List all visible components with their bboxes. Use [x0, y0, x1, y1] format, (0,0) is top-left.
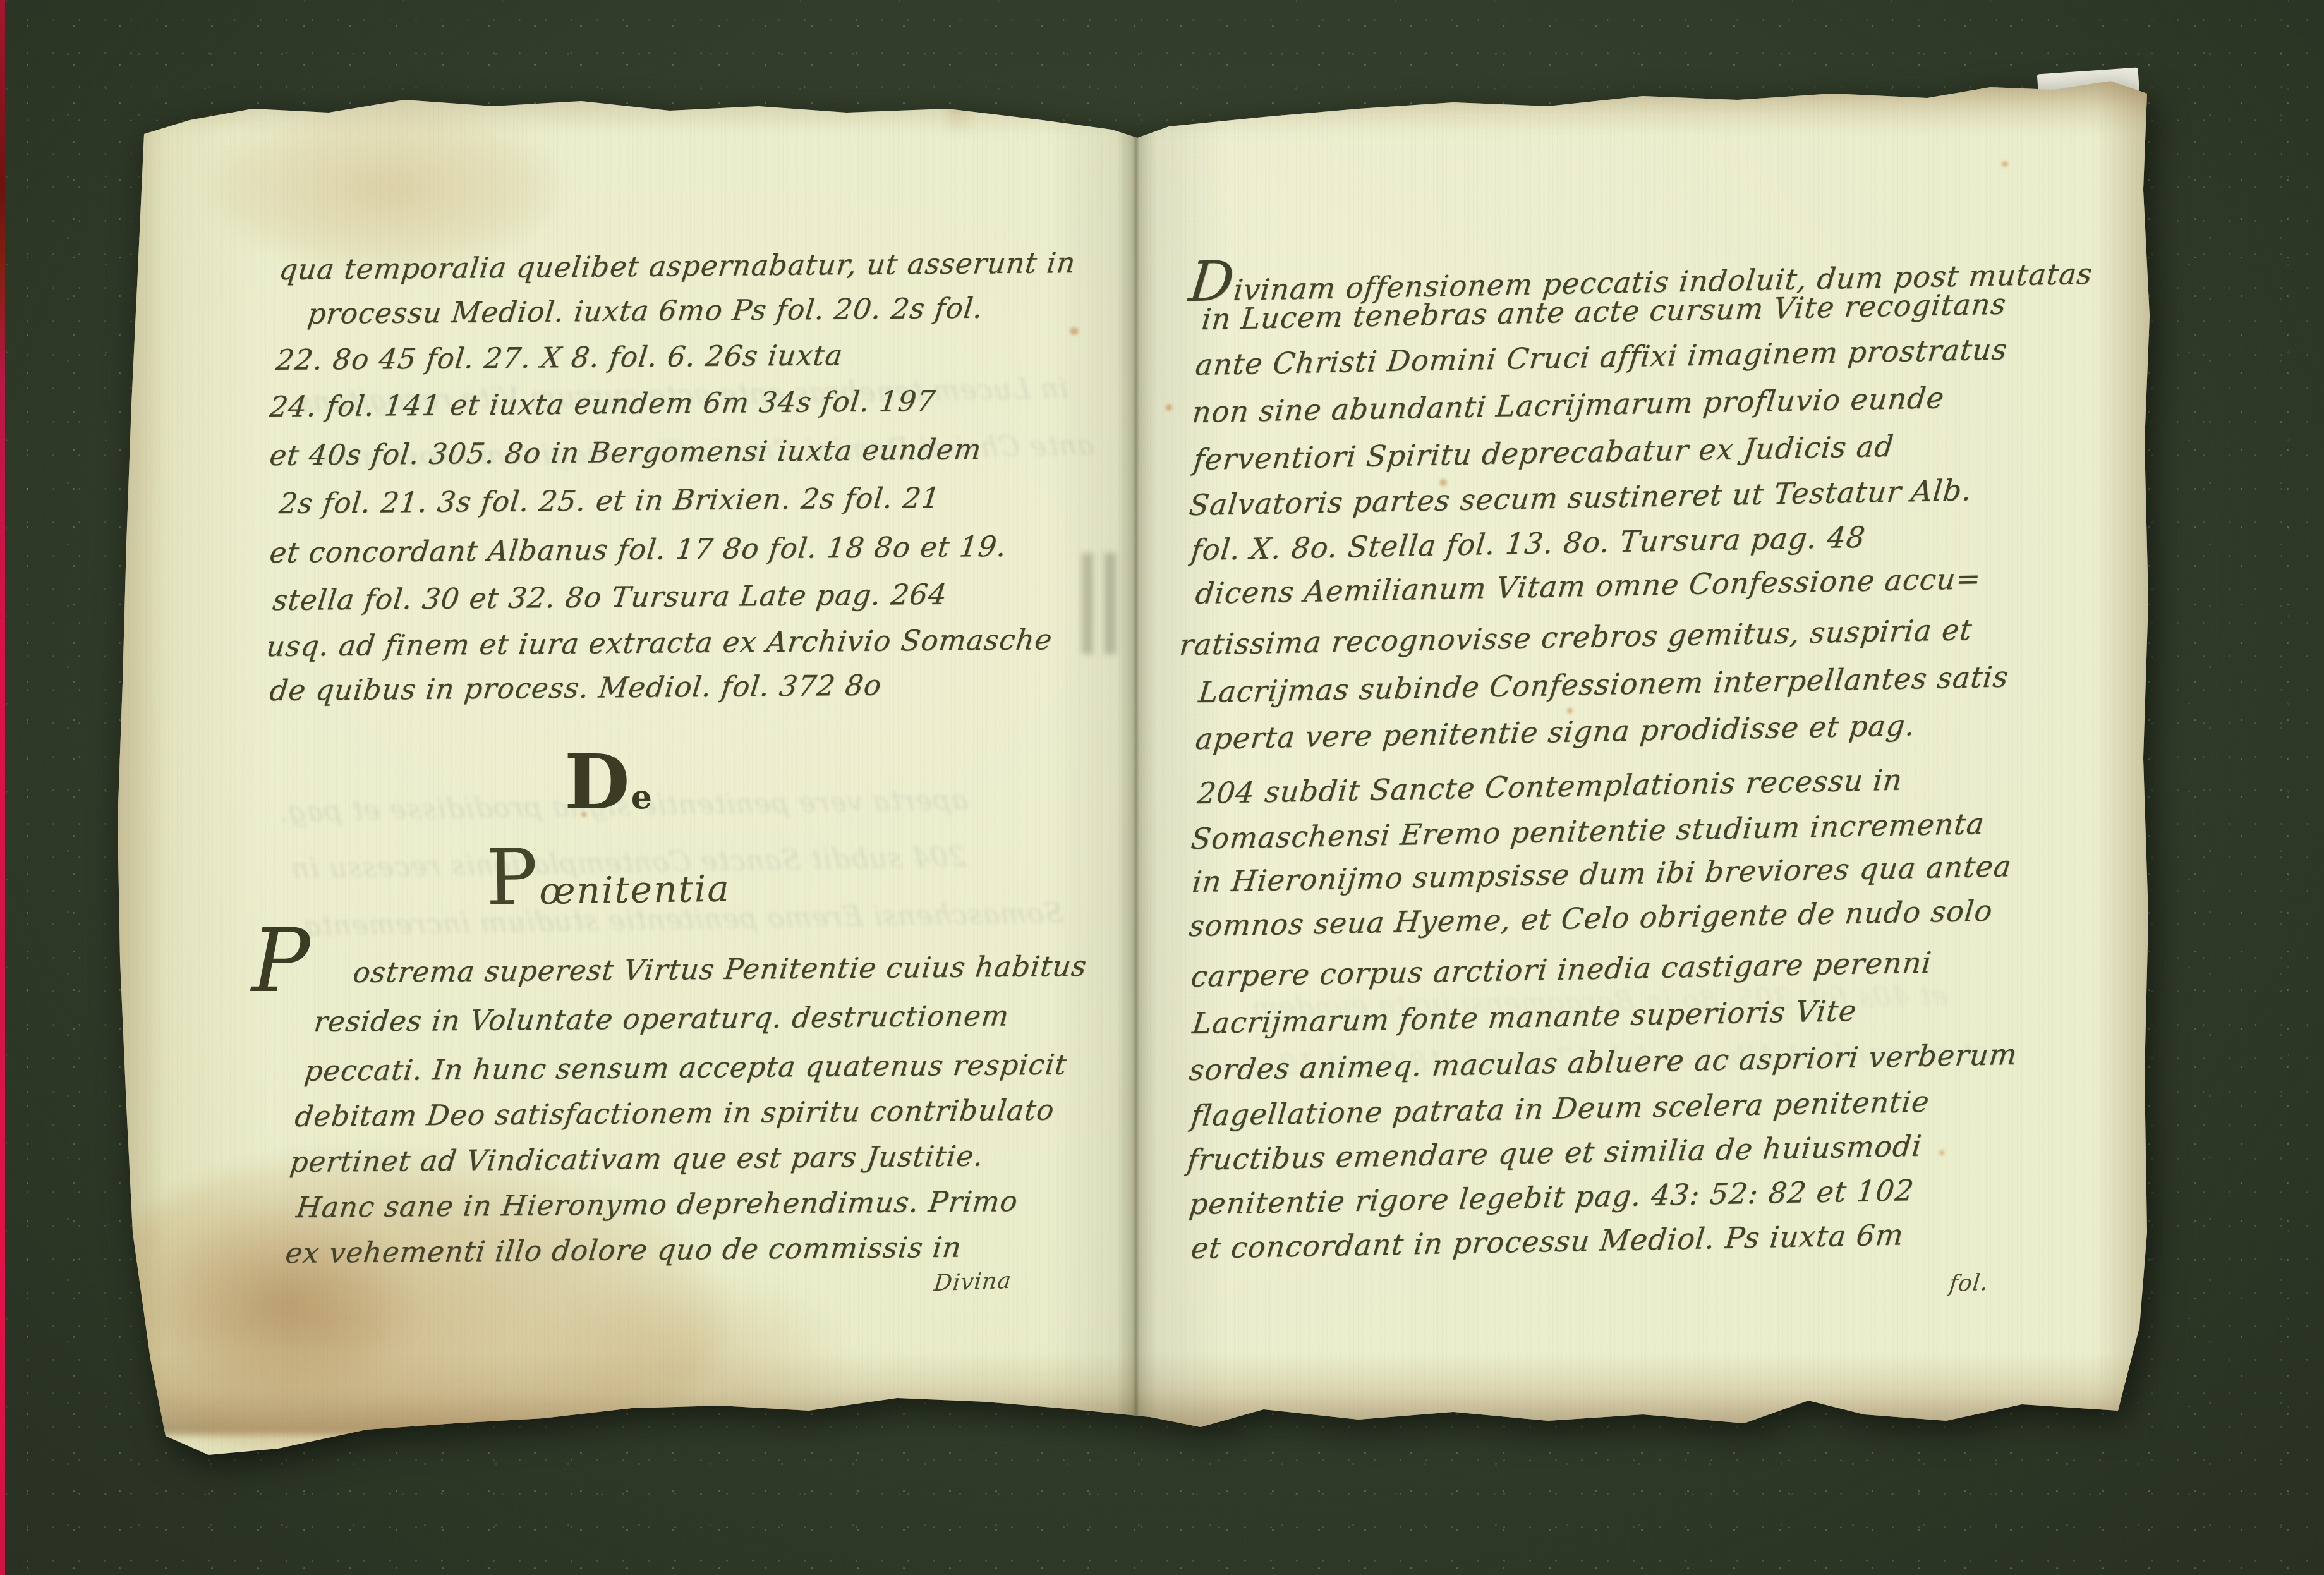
- manuscript-double-page: in Lucem tenebras ante acte cursum Vite …: [0, 0, 2324, 1575]
- manuscript-line: fol. X. 8o. Stella fol. 13. 8o. Tursura …: [1189, 520, 1867, 568]
- manuscript-line: debitam Deo satisfactionem in spiritu co…: [293, 1093, 1056, 1134]
- manuscript-line: processu Mediol. iuxta 6mo Ps fol. 20. 2…: [306, 291, 985, 331]
- manuscript-line: et concordant in processu Mediol. Ps iux…: [1189, 1217, 1905, 1265]
- foxing-spot: [1939, 1150, 1944, 1155]
- manuscript-line: ante Christi Domini Cruci affixi imagine…: [1194, 332, 2009, 382]
- manuscript-line: 204 subdit Sancte Contemplationis recess…: [1195, 763, 1904, 811]
- manuscript-line: resides in Voluntate operaturq. destruct…: [312, 999, 1011, 1038]
- manuscript-line: qua temporalia quelibet aspernabatur, ut…: [277, 246, 1077, 286]
- right-edge-browning: [2097, 81, 2157, 1421]
- top-edge-browning: [948, 75, 2167, 135]
- bottom-left-stain-arm: [521, 1274, 856, 1441]
- bottom-left-stain-dark-core: [148, 1198, 420, 1409]
- manuscript-line: 2s fol. 21. 3s fol. 25. et in Brixien. 2…: [277, 481, 942, 520]
- manuscript-line: stella fol. 30 et 32. 8o Tursura Late pa…: [271, 578, 949, 617]
- manuscript-line: ex vehementi illo dolore quo de commissi…: [284, 1231, 964, 1270]
- paper-shadow-wrap: in Lucem tenebras ante acte cursum Vite …: [0, 0, 2324, 1575]
- manuscript-line: aperta vere penitentie signa prodidisse …: [1194, 708, 1917, 756]
- manuscript-line: non sine abundanti Lacrijmarum profluvio…: [1190, 380, 1946, 429]
- section-heading-de: De: [564, 738, 653, 827]
- top-left-edge-browning: [136, 88, 970, 134]
- manuscript-line: usq. ad finem et iura extracta ex Archiv…: [265, 623, 1054, 663]
- manuscript-line: sordes animeq. maculas abluere ac asprio…: [1187, 1037, 2019, 1087]
- foxing-spot: [1567, 708, 1573, 714]
- margin-word-fol: fol.: [1948, 1270, 1990, 1297]
- drop-cap-initial: P: [251, 918, 310, 1005]
- manuscript-line: 22. 8o 45 fol. 27. X 8. fol. 6. 26s iuxt…: [274, 338, 845, 377]
- section-heading-poenitentia: Pœnitentia: [485, 830, 731, 923]
- manuscript-line: peccati. In hunc sensum accepta quatenus…: [303, 1047, 1069, 1088]
- manuscript-line: dicens Aemilianum Vitam omne Confessione…: [1194, 561, 1983, 611]
- manuscript-line: et concordant Albanus fol. 17 8o fol. 18…: [268, 530, 1008, 569]
- center-fold-crease: [1117, 88, 1155, 1428]
- manuscript-line: penitentie rigore legebit pag. 43: 52: 8…: [1187, 1173, 1915, 1221]
- photographed-manuscript-scene: in Lucem tenebras ante acte cursum Vite …: [0, 0, 2324, 1575]
- manuscript-line: et 40s fol. 305. 8o in Bergomensi iuxta …: [268, 432, 983, 472]
- manuscript-line: somnos seua Hyeme, et Celo obrigente de …: [1187, 894, 1994, 944]
- manuscript-line: flagellatione patrata in Deum scelera pe…: [1189, 1085, 1931, 1133]
- manuscript-line: Salvatoris partes secum sustineret ut Te…: [1187, 473, 1973, 522]
- catchword: Divina: [933, 1268, 1013, 1296]
- foxing-spot: [2002, 161, 2008, 167]
- manuscript-line: ostrema superest Virtus Penitentie cuius…: [351, 949, 1089, 989]
- manuscript-line: Lacrijmas subinde Confessionem interpell…: [1197, 659, 2010, 709]
- manuscript-line: Hanc sane in Hieronymo deprehendimus. Pr…: [294, 1184, 1020, 1224]
- manuscript-line: pertinet ad Vindicativam que est pars Ju…: [288, 1139, 986, 1179]
- top-left-stain: [209, 104, 562, 272]
- manuscript-line: fructibus emendare que et similia de hui…: [1185, 1129, 1923, 1177]
- manuscript-line: 24. fol. 141 et iuxta eundem 6m 34s fol.…: [268, 384, 938, 423]
- manuscript-line: ratissima recognovisse crebros gemitus, …: [1178, 612, 1974, 662]
- manuscript-line: de quibus in process. Mediol. fol. 372 8…: [268, 669, 884, 708]
- manuscript-line: in Hieronijmo sumpsisse dum ibi breviore…: [1190, 849, 2013, 899]
- manuscript-line: Somaschensi Eremo penitentie studium inc…: [1189, 806, 1986, 856]
- manuscript-line: ferventiori Spiritu deprecabatur ex Judi…: [1192, 429, 1895, 477]
